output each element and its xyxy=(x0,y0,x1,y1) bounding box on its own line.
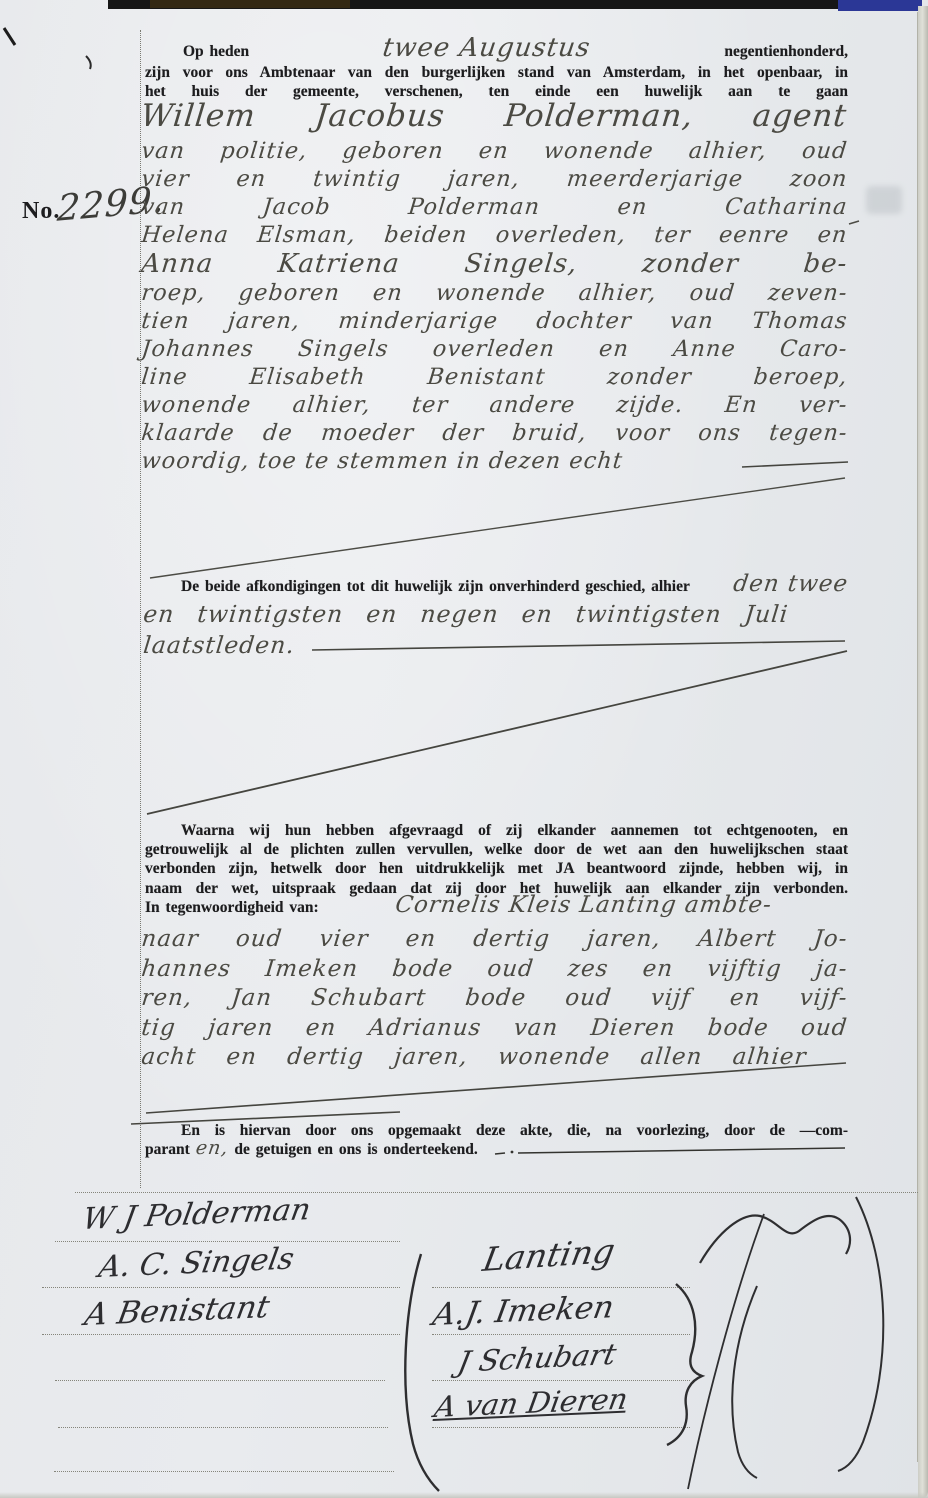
signature-ruled-line xyxy=(432,1380,690,1381)
handwritten-line: tien jaren, minderjarige dochter van Tho… xyxy=(140,307,849,335)
strike-line-1 xyxy=(150,478,845,578)
handwritten-line: ren, Jan Schubart bode oud vijf en vijf- xyxy=(140,984,849,1014)
registrar-flourish-left xyxy=(732,1286,757,1478)
pen-upstroke xyxy=(688,1214,764,1489)
vows-printed-line: verbonden zijn, hetwelk door hen uitdruk… xyxy=(145,859,848,878)
closing-printed-pre: parant xyxy=(145,1140,190,1159)
signature-ruled-line xyxy=(75,1192,918,1193)
closing-line-2: parant en, de getuigen en ons is onderte… xyxy=(145,1140,848,1159)
closing-printed-post: de getuigen en ons is onderteekend. xyxy=(234,1140,477,1159)
intro-printed-year: negentienhonderd, xyxy=(724,42,848,61)
ink-mark-corner-1 xyxy=(4,28,15,45)
vows-printed-line: getrouwelijk al de plichten zullen vervu… xyxy=(145,840,848,859)
handwritten-line: van politie, geboren en wonende alhier, … xyxy=(140,137,849,165)
intro-line-1: Op heden twee Augustus negentienhonderd, xyxy=(145,42,848,63)
banns-paragraph: De beide afkondigingen tot dit huwelijk … xyxy=(145,577,848,661)
signature-ruled-line xyxy=(58,1427,388,1428)
marriage-certificate-page: No. 2299. Op heden twee Augustus negenti… xyxy=(0,0,928,1498)
closing-paragraph: En is hiervan door ons opgemaakt deze ak… xyxy=(145,1121,848,1159)
witness-label: In tegenwoordigheid van: xyxy=(145,898,319,917)
signature-brace-left xyxy=(405,1254,439,1491)
signature-ruled-line xyxy=(42,1334,400,1335)
intro-printed-open: Op heden xyxy=(183,42,249,61)
vows-witness-line: In tegenwoordigheid van: Cornelis Kleis … xyxy=(145,898,848,918)
handwritten-line: tig jaren en Adrianus van Dieren bode ou… xyxy=(140,1014,849,1044)
vows-paragraph: Waarna wij hun hebben afgevraagd of zij … xyxy=(145,821,848,918)
intro-handwritten-date: twee Augustus xyxy=(247,33,726,63)
strike-line-2 xyxy=(147,651,847,814)
registrar-signature xyxy=(700,1215,850,1263)
handwritten-line: Anna Katriena Singels, zonder be- xyxy=(140,249,849,279)
intro-line-2: zijn voor ons Ambtenaar van den burgerli… xyxy=(145,63,848,82)
handwritten-line: wonende alhier, ter andere zijde. En ver… xyxy=(140,391,849,419)
signature-ruled-line xyxy=(432,1334,690,1335)
handwritten-line: roep, geboren en wonende alhier, oud zev… xyxy=(140,279,849,307)
signature-ruled-line xyxy=(54,1471,394,1472)
signature-mother: A Benistant xyxy=(82,1289,272,1333)
page-bottom-edge xyxy=(0,1492,928,1498)
banns-printed: De beide afkondigingen tot dit huwelijk … xyxy=(181,577,690,596)
signature-witness-imeken: A.J. Imeken xyxy=(430,1289,617,1333)
closing-handwritten-insert: en, xyxy=(194,1137,230,1159)
ink-ghost-mark xyxy=(866,186,902,214)
handwritten-line: acht en dertig jaren, wonende allen alhi… xyxy=(140,1043,808,1073)
signature-bride: A. C. Singels xyxy=(96,1242,297,1285)
handwritten-line: klaarde de moeder der bruid, voor ons te… xyxy=(140,419,849,447)
handwritten-line: Johannes Singels overleden en Anne Caro- xyxy=(140,335,849,363)
signature-groom: W J Polderman xyxy=(80,1192,313,1237)
ink-mark-corner-2 xyxy=(86,56,91,69)
handwritten-line: woordig, toe te stemmen in dezen echt xyxy=(140,447,849,475)
signature-ruled-line xyxy=(432,1287,690,1288)
banns-handwritten-3: laatstleden. xyxy=(142,630,848,661)
vows-printed-line: Waarna wij hun hebben afgevraagd of zij … xyxy=(145,821,848,840)
handwritten-line: line Elisabeth Benistant zonder beroep, xyxy=(140,363,849,391)
scan-top-band-tint xyxy=(150,0,350,8)
signature-ruled-line xyxy=(55,1241,400,1242)
signature-witness-schubart: J Schubart xyxy=(455,1337,619,1379)
signature-ruled-line xyxy=(42,1287,400,1288)
banns-line-1: De beide afkondigingen tot dit huwelijk … xyxy=(145,577,848,597)
ink-mark-edge xyxy=(849,221,859,224)
witness-handwritten-1: Cornelis Kleis Lanting ambte- xyxy=(317,892,850,918)
banns-handwritten-1: den twee xyxy=(688,571,850,597)
scan-top-band-navy xyxy=(838,0,922,11)
signature-ruled-line xyxy=(432,1427,690,1428)
signature-witness-lanting: Lanting xyxy=(480,1231,618,1279)
page-right-edge-strip xyxy=(918,6,928,1498)
banns-handwritten-2: en twintigsten en negen en twintigsten J… xyxy=(142,599,790,630)
witnesses-handwritten-block: naar oud vier en dertig jaren, Albert Jo… xyxy=(143,925,849,1073)
handwritten-line: naar oud vier en dertig jaren, Albert Jo… xyxy=(140,925,849,955)
handwritten-line: vier en twintig jaren, meerderjarige zoo… xyxy=(140,165,849,193)
signature-witness-van-dieren: A van Dieren xyxy=(432,1382,630,1424)
closing-line-1: En is hiervan door ons opgemaakt deze ak… xyxy=(145,1121,848,1140)
intro-paragraph: Op heden twee Augustus negentienhonderd,… xyxy=(145,42,848,101)
registrar-flourish-right xyxy=(838,1197,883,1471)
act-number-label: No. xyxy=(22,198,60,225)
signature-ruled-line xyxy=(55,1380,385,1381)
parties-handwritten-block: Willem Jacobus Polderman, agent van poli… xyxy=(143,96,849,475)
signature-brace-right xyxy=(667,1284,702,1445)
handwritten-line: van Jacob Polderman en Catharina xyxy=(140,193,849,221)
handwritten-line: Helena Elsman, beiden overleden, ter een… xyxy=(140,221,849,249)
handwritten-line: hannes Imeken bode oud zes en vijftig ja… xyxy=(140,955,849,985)
handwritten-line: Willem Jacobus Polderman, agent xyxy=(139,96,849,137)
